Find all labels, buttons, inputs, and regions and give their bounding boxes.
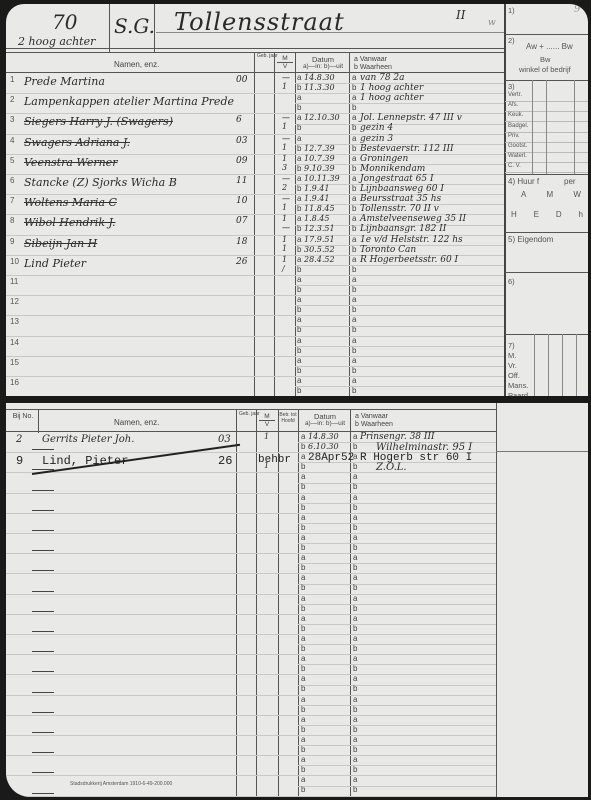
from-b-marker: b bbox=[352, 144, 356, 153]
bottom-side-border bbox=[496, 403, 497, 797]
date-b-marker: b bbox=[297, 184, 301, 193]
birth-year: 6 bbox=[236, 115, 242, 125]
side-div-1 bbox=[505, 34, 588, 35]
mv-b: 1 bbox=[282, 122, 287, 131]
col-from-header: a Vanwaar b Waarheen bbox=[354, 56, 392, 72]
row-rule bbox=[295, 295, 504, 296]
row-number: 3 bbox=[10, 115, 14, 124]
side-7-paard: Paard. bbox=[508, 391, 530, 396]
side-3-row-label: Priv. bbox=[508, 133, 520, 139]
date-a-marker: a bbox=[297, 235, 301, 244]
date-a-marker: a bbox=[297, 255, 301, 264]
row-rule bbox=[6, 735, 496, 736]
date-a-marker: a bbox=[301, 674, 305, 683]
side-div-5 bbox=[505, 272, 588, 273]
from-b-marker: b bbox=[353, 543, 357, 552]
sub-rule bbox=[298, 584, 496, 585]
from-a-marker: a bbox=[352, 336, 356, 345]
date-a-marker: a bbox=[301, 614, 305, 623]
date-b-marker: b bbox=[297, 123, 301, 132]
from-b-marker: b bbox=[353, 664, 357, 673]
side-3-grid bbox=[546, 80, 547, 174]
date-a-marker: a bbox=[297, 174, 301, 183]
bij-stub bbox=[32, 449, 54, 450]
row-rule bbox=[6, 93, 254, 94]
from-address: R Hogerbeetsstr. 60 I bbox=[360, 255, 458, 265]
date-b-marker: b bbox=[297, 265, 301, 274]
bij-stub bbox=[32, 712, 54, 713]
from-address: Jongestraat 65 I bbox=[360, 174, 434, 184]
to-address: Tollensstr. 70 II v bbox=[360, 204, 439, 214]
from-b-marker: b bbox=[352, 224, 356, 233]
resident-name: Prede Martina bbox=[24, 75, 105, 88]
from-b-marker: b bbox=[352, 386, 356, 395]
side-7-off: Off. bbox=[508, 371, 530, 381]
register-card-back: Bij No. Namen, enz. Geb. jaar M V Betr. … bbox=[6, 403, 588, 797]
bottom-side-divider bbox=[496, 451, 588, 452]
corner-mark: w bbox=[488, 18, 496, 28]
date-b-marker: b bbox=[297, 144, 301, 153]
date-in: 14.8.30 bbox=[308, 432, 339, 441]
row-rule bbox=[6, 573, 496, 574]
bij-stub bbox=[32, 772, 54, 773]
from-b-marker: b bbox=[353, 705, 357, 714]
date-a-marker: a bbox=[297, 134, 301, 143]
bottom-top-border bbox=[6, 409, 496, 410]
to-address: 1 hoog achter bbox=[360, 83, 423, 93]
from-a-marker: a bbox=[353, 594, 357, 603]
date-in: 28Apr52 bbox=[308, 452, 354, 464]
from-a-marker: a bbox=[352, 315, 356, 324]
bij-number: 2 bbox=[16, 434, 22, 445]
from-a-marker: a bbox=[353, 513, 357, 522]
row-rule bbox=[6, 796, 496, 797]
row-rule bbox=[6, 194, 254, 195]
mv-b: 3 bbox=[282, 163, 287, 172]
side-7-label: 7) bbox=[508, 341, 530, 351]
bij-stub bbox=[32, 570, 54, 571]
bij-stub bbox=[32, 732, 54, 733]
col-m: M bbox=[277, 55, 293, 62]
date-in: 10.7.39 bbox=[304, 154, 335, 163]
resident-name: Sibeijn Jan H bbox=[24, 237, 97, 250]
row-number: 11 bbox=[10, 277, 18, 286]
street-name: Tollensstraat bbox=[174, 8, 345, 36]
date-a-marker: a bbox=[301, 755, 305, 764]
row-number: 16 bbox=[10, 378, 19, 387]
side-7-grid bbox=[562, 334, 563, 396]
side-4-h: H bbox=[511, 210, 517, 219]
col-date-header-b: Datum a)—in: b)—uit bbox=[300, 413, 350, 427]
birth-year: 03 bbox=[236, 136, 247, 146]
date-b-marker: b bbox=[297, 305, 301, 314]
from-a-marker: a bbox=[353, 695, 357, 704]
row-number: 1 bbox=[10, 75, 14, 84]
date-b-marker: b bbox=[301, 583, 305, 592]
date-a-marker: a bbox=[301, 513, 305, 522]
date-b-marker: b bbox=[297, 103, 301, 112]
side-4-label: 4) Huur f bbox=[508, 177, 539, 186]
side-2-formula: Aw + ...... Bw bbox=[526, 42, 573, 51]
from-address: van 78 2a bbox=[360, 73, 405, 83]
date-out: 9.10.39 bbox=[304, 164, 335, 173]
from-b-marker: b bbox=[352, 265, 356, 274]
col-sep-mv-b bbox=[256, 409, 257, 797]
side-4-row2: H E D h bbox=[511, 210, 583, 219]
from-address: Jol. Lennepstr. 47 III v bbox=[360, 113, 462, 123]
from-b-marker: b bbox=[353, 745, 357, 754]
date-out: 30.5.52 bbox=[304, 245, 335, 254]
date-a-marker: a bbox=[301, 493, 305, 502]
sub-rule bbox=[295, 265, 504, 266]
date-a-marker: a bbox=[297, 93, 301, 102]
mv-b: 1 bbox=[282, 203, 287, 212]
col-mv-header: M V bbox=[277, 55, 293, 70]
date-in: 17.9.51 bbox=[304, 235, 335, 244]
side-6-label: 6) bbox=[508, 277, 515, 286]
from-a-marker: a bbox=[353, 553, 357, 562]
side-4-e: E bbox=[534, 210, 539, 219]
row-rule bbox=[6, 255, 254, 256]
row-rule bbox=[6, 154, 254, 155]
side-4-hh: h bbox=[579, 210, 583, 219]
date-b-marker: b bbox=[297, 245, 301, 254]
from-a-marker: a bbox=[352, 113, 356, 122]
date-b-marker: b bbox=[301, 725, 305, 734]
from-b-marker: b bbox=[352, 346, 356, 355]
col-sep-rel-b bbox=[278, 409, 279, 797]
from-b-marker: b bbox=[353, 442, 357, 451]
sub-rule bbox=[295, 103, 504, 104]
row-rule bbox=[6, 674, 496, 675]
row-rule bbox=[6, 634, 496, 635]
row-rule bbox=[295, 315, 504, 316]
from-b-label: b Waarheen bbox=[354, 64, 392, 72]
side-div-4 bbox=[505, 232, 588, 233]
from-address: Beursstraat 35 hs bbox=[360, 194, 441, 204]
district: S.G. bbox=[114, 14, 155, 38]
to-address: gezin 4 bbox=[360, 123, 393, 133]
to-address: Monnikendam bbox=[360, 164, 425, 174]
sub-rule bbox=[295, 285, 504, 286]
row-rule bbox=[6, 493, 496, 494]
row-rule bbox=[6, 594, 496, 595]
date-b-marker: b bbox=[301, 705, 305, 714]
row-rule bbox=[295, 336, 504, 337]
date-a-marker: a bbox=[301, 452, 305, 461]
resident-name: Lind Pieter bbox=[24, 257, 86, 270]
col-name-header-b: Namen, enz. bbox=[114, 418, 159, 427]
from-b-marker: b bbox=[353, 624, 357, 633]
date-a-marker: a bbox=[297, 154, 301, 163]
mv-b: / bbox=[282, 264, 285, 273]
from-a-marker: a bbox=[353, 614, 357, 623]
bij-number: 9 bbox=[16, 454, 23, 468]
col-sep-year-b bbox=[236, 409, 237, 797]
col-m-b: M bbox=[259, 413, 275, 420]
row-rule bbox=[254, 376, 295, 377]
row-number: 2 bbox=[10, 95, 14, 104]
bij-stub bbox=[32, 671, 54, 672]
sub-rule bbox=[298, 745, 496, 746]
from-a-marker: a bbox=[353, 775, 357, 784]
row-rule bbox=[6, 174, 254, 175]
side-7-vr: Vr. bbox=[508, 361, 530, 371]
mv-a: 1 bbox=[282, 154, 287, 163]
date-in: 1.9.41 bbox=[304, 194, 329, 203]
side-3-row-label: Afs. bbox=[508, 102, 518, 108]
mv-b: 1 bbox=[282, 244, 287, 253]
birth-year: 07 bbox=[236, 216, 247, 226]
from-b-marker: b bbox=[352, 184, 356, 193]
date-b-marker: b bbox=[297, 325, 301, 334]
row-rule bbox=[6, 356, 254, 357]
row-rule bbox=[6, 654, 496, 655]
row-rule bbox=[254, 154, 295, 155]
date-a-marker: a bbox=[301, 472, 305, 481]
sub-rule bbox=[295, 124, 504, 125]
to-address: Lijnbaansweg 60 I bbox=[360, 184, 444, 194]
sub-rule bbox=[298, 624, 496, 625]
bij-stub bbox=[32, 510, 54, 511]
row-rule bbox=[6, 614, 496, 615]
mv-a: 1 bbox=[282, 214, 287, 223]
row-rule bbox=[6, 695, 496, 696]
to-address: Bestevaerstr. 112 III bbox=[360, 144, 454, 154]
side-7-block: 7) M. Vr. Off. Mans. Paard. bbox=[508, 341, 530, 396]
row-rule bbox=[254, 275, 295, 276]
side-7-grid bbox=[576, 334, 577, 396]
side-2-caption: winkel of bedrijf bbox=[519, 65, 571, 74]
from-a-marker: a bbox=[353, 573, 357, 582]
side-3-row-label: Keuk. bbox=[508, 112, 523, 118]
from-a-marker: a bbox=[353, 472, 357, 481]
date-a-marker: a bbox=[297, 315, 301, 324]
sub-rule bbox=[298, 664, 496, 665]
sub-rule bbox=[298, 523, 496, 524]
row-rule bbox=[254, 214, 295, 215]
birth-year: 00 bbox=[236, 75, 247, 85]
from-b-marker: b bbox=[353, 563, 357, 572]
from-a-marker: a bbox=[353, 674, 357, 683]
col-mv-header-b: M V bbox=[259, 413, 275, 428]
from-b-marker: b bbox=[352, 285, 356, 294]
date-b-marker: b bbox=[297, 204, 301, 213]
bij-stub bbox=[32, 490, 54, 491]
mv-b: — bbox=[282, 223, 290, 232]
from-a-marker: a bbox=[353, 432, 357, 441]
column-header-divider bbox=[6, 72, 504, 73]
date-b-marker: b bbox=[297, 224, 301, 233]
mv-a: 1 bbox=[282, 235, 287, 244]
from-b-marker: b bbox=[353, 725, 357, 734]
date-b-marker: b bbox=[301, 563, 305, 572]
date-in: 10.11.39 bbox=[304, 174, 340, 183]
side-3-row-label: Gootst. bbox=[508, 143, 527, 149]
col-v-b: V bbox=[259, 420, 275, 428]
from-b-marker: b bbox=[353, 765, 357, 774]
row-rule bbox=[6, 214, 254, 215]
date-out: 11.3.30 bbox=[304, 83, 335, 92]
sub-rule bbox=[295, 366, 504, 367]
side-3-grid bbox=[574, 80, 575, 174]
bij-stub bbox=[32, 550, 54, 551]
resident-name: Swagers Adriana J. bbox=[24, 136, 130, 149]
row-rule bbox=[6, 513, 496, 514]
side-7-mans: Mans. bbox=[508, 381, 530, 391]
birth-year: 11 bbox=[236, 176, 247, 186]
mv-b: 1 bbox=[282, 82, 287, 91]
col-sep-year bbox=[254, 52, 255, 396]
col-name-header: Namen, enz. bbox=[114, 60, 159, 69]
resident-name: Woltens Maria C bbox=[24, 196, 117, 209]
from-a-marker: a bbox=[352, 275, 356, 284]
roman-mark: II bbox=[456, 8, 465, 22]
from-b-marker: b bbox=[353, 785, 357, 794]
from-a-marker: a bbox=[352, 194, 356, 203]
from-a-marker: a bbox=[352, 235, 356, 244]
bij-stub bbox=[32, 752, 54, 753]
row-number: 15 bbox=[10, 358, 19, 367]
sub-rule bbox=[295, 346, 504, 347]
date-b-marker: b bbox=[301, 482, 305, 491]
row-rule bbox=[6, 775, 496, 776]
mv-b: 2 bbox=[282, 183, 287, 192]
row-rule bbox=[6, 134, 254, 135]
mv-a: 1 bbox=[264, 432, 269, 441]
house-number: 70 bbox=[52, 10, 77, 34]
from-a-marker: a bbox=[352, 255, 356, 264]
from-b-marker: b bbox=[352, 325, 356, 334]
row-rule bbox=[6, 295, 254, 296]
from-b-marker: b bbox=[353, 684, 357, 693]
date-b-marker: b bbox=[297, 285, 301, 294]
resident-name: Gerrits Pieter Joh. bbox=[42, 434, 134, 445]
header-sep-1 bbox=[109, 4, 110, 52]
date-a-marker: a bbox=[301, 654, 305, 663]
date-b-marker: b bbox=[301, 543, 305, 552]
from-b-marker: b bbox=[353, 644, 357, 653]
row-number: 12 bbox=[10, 297, 19, 306]
header-divider-2 bbox=[6, 52, 504, 53]
date-a-marker: a bbox=[301, 594, 305, 603]
from-a-marker: a bbox=[352, 356, 356, 365]
from-b-marker: b bbox=[352, 103, 356, 112]
birth-year: 10 bbox=[236, 196, 247, 206]
side-1-mark: 9 bbox=[574, 4, 580, 15]
date-b-marker: b bbox=[301, 785, 305, 794]
row-rule bbox=[6, 715, 496, 716]
resident-name: Wibol Hendrik J. bbox=[24, 216, 116, 229]
from-b-marker: b bbox=[352, 164, 356, 173]
mv-b: 1 bbox=[282, 143, 287, 152]
col-bij-header: Bij No. bbox=[10, 413, 36, 421]
date-b-marker: b bbox=[297, 366, 301, 375]
side-4-a: A bbox=[521, 190, 526, 199]
row-rule bbox=[254, 235, 295, 236]
from-a-marker: a bbox=[353, 715, 357, 724]
side-1-label: 1) bbox=[508, 6, 515, 15]
date-b-marker: b bbox=[301, 462, 305, 471]
date-title-b: Datum bbox=[300, 413, 350, 420]
row-number: 7 bbox=[10, 196, 14, 205]
mv-a: — bbox=[282, 174, 290, 183]
side-3-row-label: C. V. bbox=[508, 163, 521, 169]
date-a-marker: a bbox=[297, 214, 301, 223]
from-a-marker: a bbox=[353, 634, 357, 643]
row-rule bbox=[254, 336, 295, 337]
from-a-marker: a bbox=[352, 376, 356, 385]
bij-stub bbox=[32, 631, 54, 632]
date-a-marker: a bbox=[301, 715, 305, 724]
from-b-marker: b bbox=[353, 503, 357, 512]
side-5-label: 5) Eigendom bbox=[508, 235, 553, 244]
birth-year: 18 bbox=[236, 237, 247, 247]
date-a-marker: a bbox=[301, 533, 305, 542]
date-a-marker: a bbox=[301, 735, 305, 744]
to-address: Toronto Can bbox=[360, 245, 416, 255]
date-a-marker: a bbox=[297, 336, 301, 345]
row-number: 4 bbox=[10, 136, 14, 145]
row-rule bbox=[6, 113, 254, 114]
row-rule bbox=[6, 376, 254, 377]
from-a-marker: a bbox=[353, 533, 357, 542]
col-sep-bij bbox=[38, 409, 39, 433]
date-b-marker: b bbox=[301, 664, 305, 673]
col-from-header-b: a Vanwaar b Waarheen bbox=[355, 413, 393, 429]
from-b-marker: b bbox=[352, 305, 356, 314]
row-rule bbox=[295, 275, 504, 276]
from-a-marker: a bbox=[353, 735, 357, 744]
date-b-marker: b bbox=[301, 442, 305, 451]
date-a-marker: a bbox=[297, 295, 301, 304]
row-rule bbox=[6, 472, 496, 473]
date-b-marker: b bbox=[297, 83, 301, 92]
row-number: 6 bbox=[10, 176, 14, 185]
from-b-marker: b bbox=[352, 245, 356, 254]
bij-stub bbox=[32, 530, 54, 531]
from-a-label-b: a Vanwaar bbox=[355, 413, 393, 421]
side-3-row-label: Vertr. bbox=[508, 92, 522, 98]
birth-year: 03 bbox=[218, 434, 231, 445]
row-rule bbox=[6, 235, 254, 236]
from-a-marker: a bbox=[353, 755, 357, 764]
to-address: Z.O.L. bbox=[376, 462, 407, 473]
row-number: 8 bbox=[10, 216, 14, 225]
row-rule bbox=[254, 255, 295, 256]
from-a-marker: a bbox=[352, 134, 356, 143]
row-rule bbox=[6, 275, 254, 276]
date-b-marker: b bbox=[301, 503, 305, 512]
birth-year: 26 bbox=[236, 257, 247, 267]
sub-rule bbox=[298, 765, 496, 766]
sub-rule bbox=[295, 305, 504, 306]
date-b-marker: b bbox=[301, 765, 305, 774]
date-a-marker: a bbox=[297, 275, 301, 284]
bij-stub bbox=[32, 692, 54, 693]
from-address: Groningen bbox=[360, 154, 408, 164]
col-year-header: Geb. jaar bbox=[257, 54, 271, 59]
to-address: Lijnbaansgr. 182 II bbox=[360, 224, 446, 234]
side-2-label: 2) bbox=[508, 36, 515, 45]
sub-rule bbox=[298, 604, 496, 605]
side-3-grid bbox=[532, 80, 533, 174]
side-3-label: 3) bbox=[508, 82, 515, 91]
date-a-marker: a bbox=[297, 194, 301, 203]
date-sub: a)—in: b)—uit bbox=[297, 63, 349, 70]
birth-year: 09 bbox=[236, 156, 247, 166]
date-out: 12.3.51 bbox=[304, 224, 335, 233]
